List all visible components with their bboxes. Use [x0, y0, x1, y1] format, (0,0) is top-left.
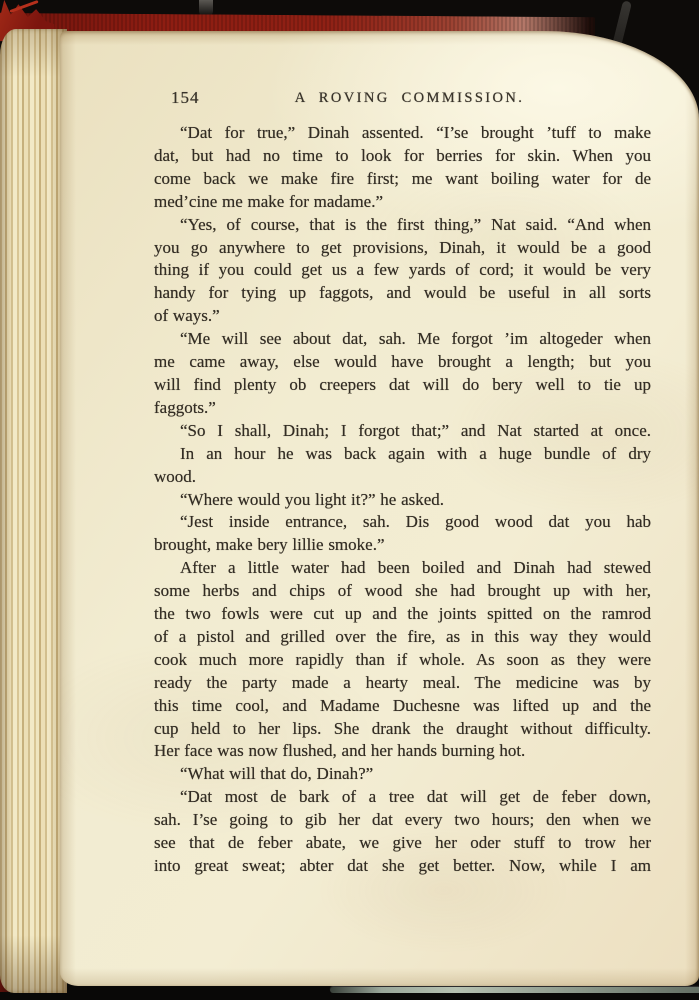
text-line: you go anywhere to get provisions, Dinah… — [154, 237, 651, 260]
text-line: In an hour he was back again with a huge… — [154, 443, 651, 466]
text-line: med’cine me make for madame.” — [154, 191, 651, 214]
text-line: of a pistol and grilled over the fire, a… — [154, 626, 651, 649]
text-line: of ways.” — [154, 305, 651, 328]
text-line: will find plenty ob creepers dat will do… — [154, 374, 651, 397]
page-stack-fore-edges — [0, 29, 67, 993]
text-line: After a little water had been boiled and… — [154, 557, 651, 580]
book-photo-scene: 154 A ROVING COMMISSION. “Dat for true,”… — [0, 0, 699, 1000]
text-line: “Yes, of course, that is the first thing… — [154, 214, 651, 237]
text-line: the two fowls were cut up and the joints… — [154, 603, 651, 626]
text-line: me came away, else would have brought a … — [154, 351, 651, 374]
text-line: “Me will see about dat, sah. Me forgot ’… — [154, 328, 651, 351]
text-line: brought, make bery lillie smoke.” — [154, 534, 651, 557]
text-line: dat, but had no time to look for berries… — [154, 145, 651, 168]
text-line: this time cool, and Madame Duchesne was … — [154, 695, 651, 718]
text-line: ready the party made a hearty meal. The … — [154, 672, 651, 695]
text-line: Her face was now flushed, and her hands … — [154, 740, 651, 763]
text-line: sah. I’se going to gib her dat every two… — [154, 809, 651, 832]
page-header: 154 A ROVING COMMISSION. — [154, 88, 651, 112]
text-line: thing if you could get us a few yards of… — [154, 259, 651, 282]
text-line: cup held to her lips. She drank the drau… — [154, 718, 651, 741]
text-line: “So I shall, Dinah; I forgot that;” and … — [154, 420, 651, 443]
text-line: into great sweat; abter dat she get bett… — [154, 855, 651, 878]
text-line: cook much more rapidly than if whole. As… — [154, 649, 651, 672]
text-line: come back we make fire first; me want bo… — [154, 168, 651, 191]
text-line: faggots.” — [154, 397, 651, 420]
text-line: “Dat for true,” Dinah assented. “I’se br… — [154, 122, 651, 145]
text-line: handy for tying up faggots, and would be… — [154, 282, 651, 305]
text-line: “Where would you light it?” he asked. — [154, 489, 651, 512]
running-header: A ROVING COMMISSION. — [154, 90, 651, 107]
text-line: “What will that do, Dinah?” — [154, 763, 651, 786]
text-line: see that de feber abate, we give her ode… — [154, 832, 651, 855]
book-page: 154 A ROVING COMMISSION. “Dat for true,”… — [60, 31, 699, 986]
text-block: “Dat for true,” Dinah assented. “I’se br… — [154, 122, 651, 878]
text-line: some herbs and chips of wood she had bro… — [154, 580, 651, 603]
text-line: “Jest inside entrance, sah. Dis good woo… — [154, 511, 651, 534]
text-line: “Dat most de bark of a tree dat will get… — [154, 786, 651, 809]
text-line: wood. — [154, 466, 651, 489]
table-edge-highlight — [330, 987, 699, 993]
